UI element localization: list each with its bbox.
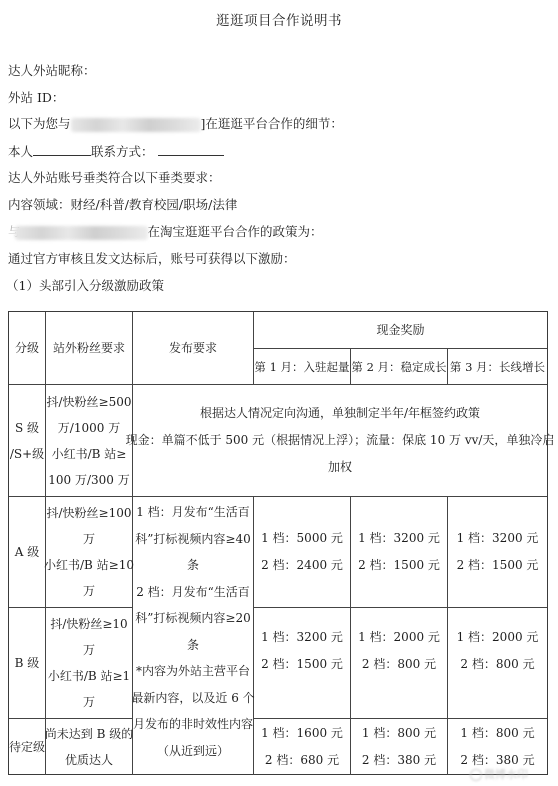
header-tier: 分级 [9,312,46,385]
cooperation-suffix: ]在逛逛平台合作的细节： [201,116,343,131]
cooperation-prefix: 以下为您与 [8,116,71,131]
incentive-table: 分级 站外粉丝要求 发布要求 现金奖励 第 1 月：入驻起量 第 2 月：稳定成… [8,311,548,775]
header-cash-reward: 现金奖励 [254,312,547,349]
person-blank [33,143,91,156]
nickname-label: 达人外站昵称： [8,63,96,79]
vertical-requirement: 达人外站账号垂类符合以下垂类要求： [8,170,221,186]
document-title: 逛逛项目合作说明书 [0,9,558,29]
header-month-2: 第 2 月：稳定成长 [351,349,448,385]
external-id-label: 外站 ID： [8,90,64,106]
fans-s: 抖/快粉丝≥500万/1000 万小红书/B 站≥100 万/300 万 [46,385,133,497]
weibo-logo-icon [470,769,482,781]
header-month-3: 第 3 月：长线增长 [448,349,547,385]
tier-s: S 级/S+级 [9,385,46,497]
reward-a-month-1: 1 档：5000 元2 档：2400 元 [254,497,351,608]
contact-blank [158,143,224,156]
policy-suffix: 在淘宝逛逛平台合作的政策为： [148,224,323,239]
redacted-name [71,118,201,132]
reward-b-month-2: 1 档：2000 元2 档：800 元 [351,608,448,719]
reward-a-month-2: 1 档：3200 元2 档：1500 元 [351,497,448,608]
reward-pending-month-2: 1 档：800 元2 档：380 元 [351,719,448,775]
fans-pending: 尚未达到 B 级的优质达人 [46,719,133,775]
tier-b: B 级 [9,608,46,719]
fans-b: 抖/快粉丝≥10万小红书/B 站≥1万 [46,608,133,719]
weibo-watermark: 微博水印 [470,766,550,780]
tier-pending: 待定级 [9,719,46,775]
policy-line: 与在淘宝逛逛平台合作的政策为： [8,224,323,240]
section-heading: （1）头部引入分级激励政策 [6,278,164,294]
publish-requirements: 1 档：月发布“生活百 科”打标视频内容≥40 条 2 档：月发布“生活百 科”… [133,497,254,775]
contact-line: 本人联系方式： [8,143,224,160]
cooperation-line: 以下为您与]在逛逛平台合作的细节： [8,116,343,132]
header-month-1: 第 1 月：入驻起量 [254,349,351,385]
reward-pending-month-1: 1 档：1600 元2 档：680 元 [254,719,351,775]
incentive-intro: 通过官方审核且发文达标后，账号可获得以下激励： [8,251,296,267]
policy-s: 根据达人情况定向沟通，单独制定半年/年框签约政策 现金：单篇不低于 500 元（… [133,385,547,497]
reward-b-month-1: 1 档：3200 元2 档：1500 元 [254,608,351,719]
header-fans: 站外粉丝要求 [46,312,133,385]
tier-a: A 级 [9,497,46,608]
header-publish: 发布要求 [133,312,254,385]
contact-label: 联系方式： [91,144,154,159]
reward-a-month-3: 1 档：3200 元2 档：1500 元 [448,497,547,608]
redacted-name [15,226,148,240]
reward-b-month-3: 1 档：2000 元2 档：800 元 [448,608,547,719]
content-domain: 内容领域：财经/科普/教育校园/职场/法律 [8,197,237,213]
person-label: 本人 [8,144,33,159]
fans-a: 抖/快粉丝≥100万小红书/B 站≥10万 [46,497,133,608]
